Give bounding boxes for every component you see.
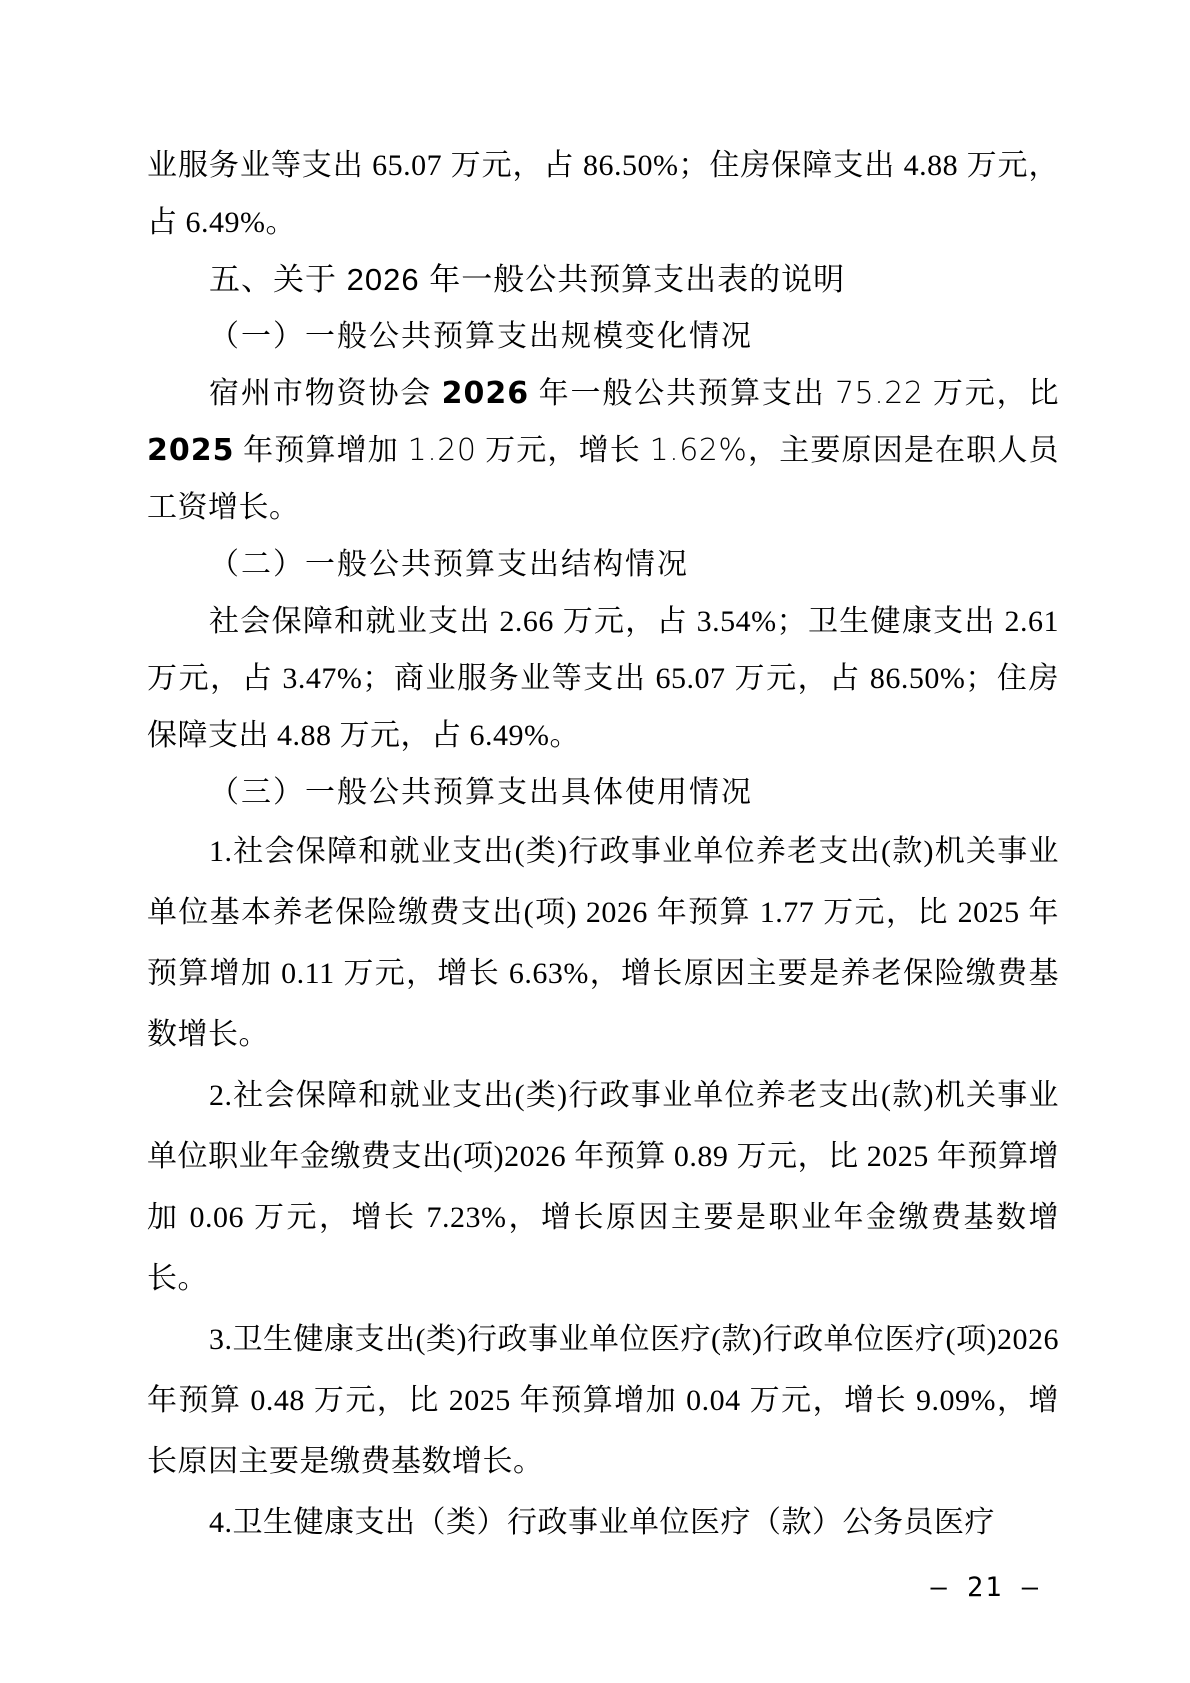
paragraph-scale-change: 宿州市物资协会 2026 年一般公共预算支出 75.22 万元，比 2025 年… [147,365,1059,536]
item-3-admin-medical: 3.卫生健康支出(类)行政事业单位医疗(款)行政单位医疗(项)2026 年预算 … [147,1309,1059,1492]
page-content: 业服务业等支出 65.07 万元，占 86.50%；住房保障支出 4.88 万元… [147,137,1059,1553]
item-4-civil-servant-medical: 4.卫生健康支出（类）行政事业单位医疗（款）公务员医疗 [147,1492,1059,1553]
text-run: 宿州市物资协会 [209,377,442,410]
year-2026-bold: 2026 [442,376,530,411]
amount-1-20: 1.20 [408,433,477,468]
amount-75-22: 75.22 [835,376,923,411]
text-run: 万元，比 [923,377,1059,410]
percent-1-62: 1.62% [650,433,748,468]
section-heading-five: 五、关于 2026 年一般公共预算支出表的说明 [147,251,1059,308]
item-2-annuity-contribution: 2.社会保障和就业支出(类)行政事业单位养老支出(款)机关事业单位职业年金缴费支… [147,1065,1059,1309]
text-run: 万元，增长 [476,434,649,467]
paragraph-continuation: 业服务业等支出 65.07 万元，占 86.50%；住房保障支出 4.88 万元… [147,137,1059,251]
subsection-one-heading: （一）一般公共预算支出规模变化情况 [147,308,1059,365]
page-number: — 21 — [930,1572,1040,1603]
text-run: 年一般公共预算支出 [529,377,835,410]
text-run: 年预算增加 [235,434,408,467]
subsection-two-heading: （二）一般公共预算支出结构情况 [147,536,1059,593]
year-2025-bold: 2025 [147,433,235,468]
subsection-three-heading: （三）一般公共预算支出具体使用情况 [147,764,1059,821]
document-page: 业服务业等支出 65.07 万元，占 86.50%；住房保障支出 4.88 万元… [0,0,1190,1683]
item-1-pension-contribution: 1.社会保障和就业支出(类)行政事业单位养老支出(款)机关事业单位基本养老保险缴… [147,821,1059,1065]
paragraph-structure: 社会保障和就业支出 2.66 万元，占 3.54%；卫生健康支出 2.61 万元… [147,593,1059,764]
